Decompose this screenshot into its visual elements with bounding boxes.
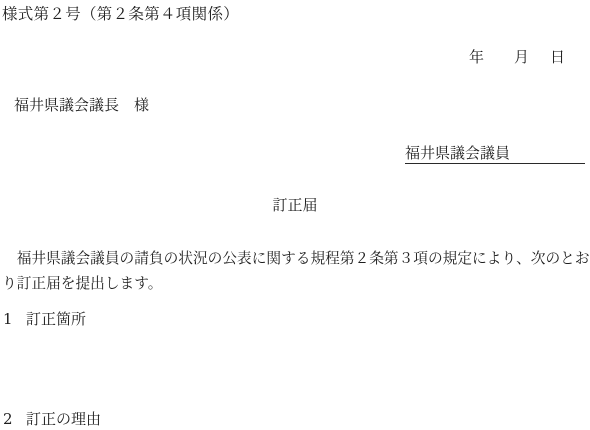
date-month-label: 月	[514, 48, 529, 66]
body-paragraph: 福井県議会議員の請負の状況の公表に関する規程第２条第３項の規定により、次のとお …	[2, 246, 590, 296]
section-1-heading: 1訂正箇所	[3, 311, 86, 328]
document-page: 様式第２号（第２条第４項関係） 年月日 福井県議会議長 様 福井県議会議員 訂正…	[0, 0, 590, 430]
signer-title: 福井県議会議員	[405, 144, 510, 162]
body-paragraph-line-1: 福井県議会議員の請負の状況の公表に関する規程第２条第３項の規定により、次のとお	[2, 246, 590, 271]
signer-signature-line: 福井県議会議員	[405, 145, 585, 164]
section-1-label: 訂正箇所	[26, 310, 86, 328]
date-line: 年月日	[469, 49, 565, 66]
section-2-heading: 2訂正の理由	[3, 411, 101, 428]
form-number: 様式第２号（第２条第４項関係）	[2, 5, 239, 24]
section-2-number: 2	[3, 411, 26, 428]
body-paragraph-line-2: り訂正届を提出します。	[2, 271, 590, 296]
date-year-label: 年	[469, 48, 484, 66]
section-2-label: 訂正の理由	[26, 410, 101, 428]
addressee-line: 福井県議会議長 様	[14, 97, 149, 114]
document-title: 訂正届	[0, 197, 590, 214]
date-day-label: 日	[550, 48, 565, 66]
section-1-number: 1	[3, 311, 26, 328]
